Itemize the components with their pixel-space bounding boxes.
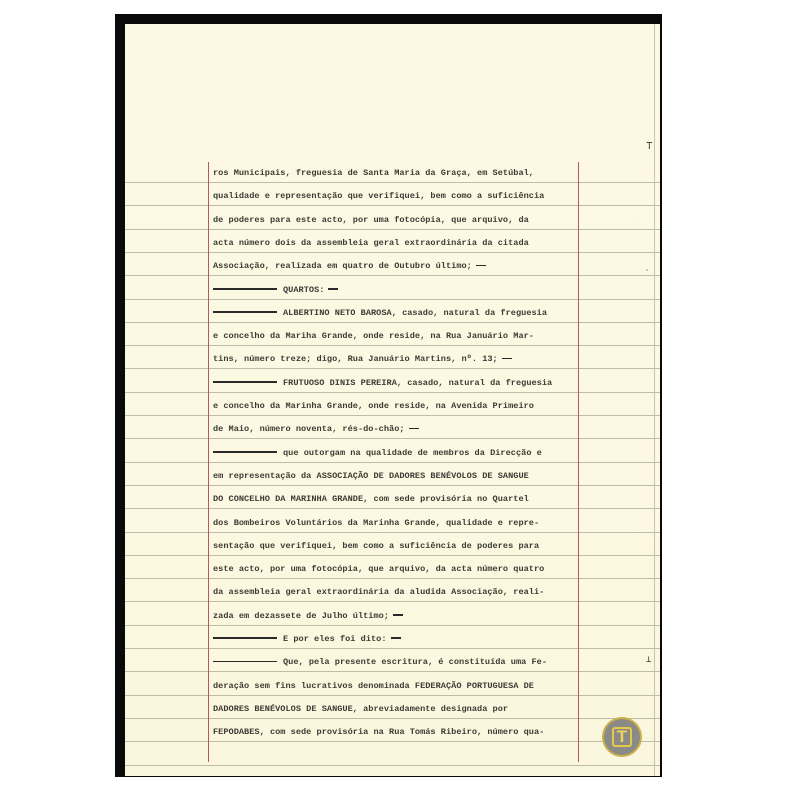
line-text: ALBERTINO NETO BAROSA, casado, natural d… xyxy=(283,308,547,318)
line-text: QUARTOS: xyxy=(283,285,324,295)
line-text: Que, pela presente escritura, é constitu… xyxy=(283,657,547,667)
line-text: que outorgam na qualidade de membros da … xyxy=(283,448,542,458)
filler-dash xyxy=(502,358,512,360)
filler-dash xyxy=(328,288,338,290)
text-recognition-button[interactable]: T xyxy=(602,717,642,757)
text-line: de poderes para este acto, por uma fotoc… xyxy=(213,215,583,238)
line-text: DO CONCELHO DA MARINHA GRANDE, com sede … xyxy=(213,494,529,504)
text-line: acta número dois da assembleia geral ext… xyxy=(213,238,583,261)
text-line: de Maio, número noventa, rés-do-chão; xyxy=(213,424,583,447)
filler-dash xyxy=(476,265,486,267)
line-text: deração sem fins lucrativos denominada F… xyxy=(213,681,534,691)
text-line: FEPODABES, com sede provisória na Rua To… xyxy=(213,727,583,750)
page-edge-line xyxy=(654,24,655,776)
line-text: da assembleia geral extraordinária da al… xyxy=(213,587,544,597)
line-text: de Maio, número noventa, rés-do-chão; xyxy=(213,424,405,434)
ruled-line xyxy=(125,765,660,766)
filler-dash xyxy=(213,637,277,639)
line-text: zada em dezassete de Julho último; xyxy=(213,611,389,621)
text-line: qualidade e representação que verifiquei… xyxy=(213,191,583,214)
text-line: ros Municipais, freguesia de Santa Maria… xyxy=(213,168,583,191)
line-text: de poderes para este acto, por uma fotoc… xyxy=(213,215,529,225)
filler-dash xyxy=(213,311,277,313)
text-line: e concelho da Mariha Grande, onde reside… xyxy=(213,331,583,354)
line-text: em representação da ASSOCIAÇÃO DE DADORE… xyxy=(213,471,529,481)
line-text: FEPODABES, com sede provisória na Rua To… xyxy=(213,727,544,737)
text-line: e concelho da Marinha Grande, onde resid… xyxy=(213,401,583,424)
line-text: tins, número treze; digo, Rua Januário M… xyxy=(213,354,498,364)
line-text: e concelho da Mariha Grande, onde reside… xyxy=(213,331,534,341)
line-text: e concelho da Marinha Grande, onde resid… xyxy=(213,401,534,411)
filler-dash xyxy=(213,288,277,290)
line-text: Associação, realizada em quatro de Outub… xyxy=(213,261,472,271)
line-text: ros Municipais, freguesia de Santa Maria… xyxy=(213,168,534,178)
text-line: Associação, realizada em quatro de Outub… xyxy=(213,261,583,284)
text-line: tins, número treze; digo, Rua Januário M… xyxy=(213,354,583,377)
document-page: ⊤ ⸱ ⊥ ros Municipais, freguesia de Santa… xyxy=(125,24,660,776)
text-line: QUARTOS: xyxy=(213,285,583,308)
text-line: Que, pela presente escritura, é constitu… xyxy=(213,657,583,680)
left-margin-line xyxy=(208,162,209,762)
text-line: este acto, por uma fotocópia, que arquiv… xyxy=(213,564,583,587)
line-text: E por eles foi dito: xyxy=(283,634,387,644)
page-mark-icon: ⊤ xyxy=(646,142,653,153)
text-line: E por eles foi dito: xyxy=(213,634,583,657)
filler-dash xyxy=(409,428,419,430)
line-text: qualidade e representação que verifiquei… xyxy=(213,191,544,201)
text-line: que outorgam na qualidade de membros da … xyxy=(213,448,583,471)
line-text: DADORES BENÉVOLOS DE SANGUE, abreviadame… xyxy=(213,704,508,714)
filler-dash xyxy=(213,381,277,383)
filler-dash xyxy=(391,637,401,639)
line-text: acta número dois da assembleia geral ext… xyxy=(213,238,529,248)
text-recognition-icon: T xyxy=(604,719,640,755)
line-text: FRUTUOSO DINIS PEREIRA, casado, natural … xyxy=(283,378,552,388)
filler-dash xyxy=(213,661,277,663)
text-line: zada em dezassete de Julho último; xyxy=(213,611,583,634)
line-text: dos Bombeiros Voluntários da Marinha Gra… xyxy=(213,518,539,528)
page-mark-icon: ⸱ xyxy=(646,268,648,276)
text-line: sentação que verifiquei, bem como a sufi… xyxy=(213,541,583,564)
line-text: este acto, por uma fotocópia, que arquiv… xyxy=(213,564,544,574)
text-line: DO CONCELHO DA MARINHA GRANDE, com sede … xyxy=(213,494,583,517)
text-line: dos Bombeiros Voluntários da Marinha Gra… xyxy=(213,518,583,541)
text-line: em representação da ASSOCIAÇÃO DE DADORE… xyxy=(213,471,583,494)
text-line: ALBERTINO NETO BAROSA, casado, natural d… xyxy=(213,308,583,331)
line-text: sentação que verifiquei, bem como a sufi… xyxy=(213,541,539,551)
text-line: DADORES BENÉVOLOS DE SANGUE, abreviadame… xyxy=(213,704,583,727)
page-mark-icon: ⊥ xyxy=(646,656,651,665)
filler-dash xyxy=(213,451,277,453)
filler-dash xyxy=(393,614,403,616)
text-line: FRUTUOSO DINIS PEREIRA, casado, natural … xyxy=(213,378,583,401)
text-line: deração sem fins lucrativos denominada F… xyxy=(213,681,583,704)
text-line: da assembleia geral extraordinária da al… xyxy=(213,587,583,610)
